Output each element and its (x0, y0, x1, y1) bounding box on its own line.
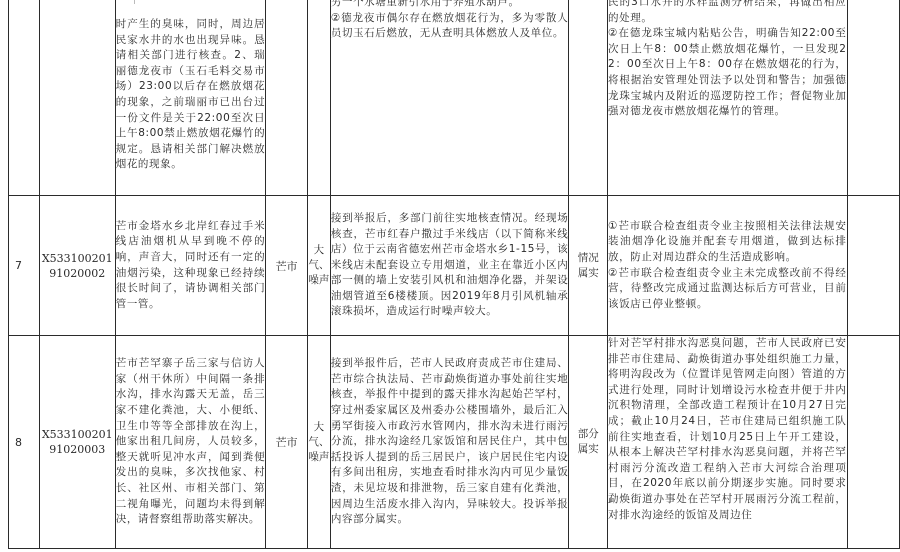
findings-paragraph: ②德龙夜市偶尔存在燃放烟花行为，多为零散人员切玉石后燃放，无从查明具体燃放人及单… (331, 11, 569, 42)
complaint-content-cell: 芒市芒罕寨子岳三家与信访人家（州干休所）中间隔一条排水沟，排水沟露天无盖，岳三家… (115, 336, 266, 549)
case-id-cell (39, 0, 115, 196)
case-id-line1: X533100201 (40, 427, 115, 442)
table-row: 7 X533100201 91020002 芒市金塔水乡北岸红春过手米线店油烟机… (9, 196, 900, 336)
remarks-cell (847, 196, 899, 336)
action-paragraph: 针对芒罕村排水沟恶臭问题，芒市人民政府已安排芒市住建局、勐焕街道办事处组织施工力… (608, 336, 846, 523)
action-paragraph: ②在德龙珠宝城内粘贴公告，明确告知22:00至次日上午8：00禁止燃放烟花爆竹，… (608, 26, 846, 120)
case-id-line2: 91020002 (40, 266, 115, 281)
pollution-type-cell: 大气、 噪声 (307, 196, 330, 336)
pollution-type-cell: 大气、 噪声 (307, 336, 330, 549)
action-paragraph: ①芒市联合检查组责令业主按照相关法律法规安装油烟净化设施并配套专用烟道，做到达标… (608, 219, 846, 266)
findings-paragraph: 接到举报后，多部门前往实地核查情况。经现场核查，芒市红春户撒过手米线店（以下简称… (331, 211, 569, 320)
pollution-type-line1: 大气、 (308, 243, 330, 273)
table-row: 8 X533100201 91020003 芒市芒罕寨子岳三家与信访人家（州干休… (9, 336, 900, 549)
handling-action-cell: ①芒市联合检查组责令业主按照相关法律法规安装油烟净化设施并配套专用烟道，做到达标… (608, 196, 847, 336)
pollution-type-line1: 大气、 (308, 420, 330, 450)
region-cell: 芒市 (266, 196, 308, 336)
case-id-line2: 91020003 (40, 442, 115, 457)
verification-status-cell (569, 0, 608, 196)
action-paragraph: 民的3口水井的水样监测分析结果，再做出相应的处理。 (608, 0, 846, 26)
pollution-type-cell (307, 0, 330, 196)
investigation-findings-cell: 另一个水塘重新引水用于养殖水葫芦。 ②德龙夜市偶尔存在燃放烟花行为，多为零散人员… (330, 0, 569, 196)
pollution-type-line2: 噪声 (308, 450, 330, 465)
row-number-cell (9, 0, 40, 196)
row-number-cell: 8 (9, 336, 40, 549)
region-cell: 芒市 (266, 336, 308, 549)
handling-action-cell: 民的3口水井的水样监测分析结果，再做出相应的处理。 ②在德龙珠宝城内粘贴公告，明… (608, 0, 847, 196)
complaint-content-cell: 芒市金塔水乡北岸红春过手米线店油烟机从早到晚不停的响，声音大，同时还有一定的油烟… (115, 196, 266, 336)
findings-paragraph: 接到举报件后，芒市人民政府责成芒市住建局、芒市综合执法局、芒市勐焕街道办事处前往… (331, 356, 569, 528)
investigation-findings-cell: 接到举报后，多部门前往实地核查情况。经现场核查，芒市红春户撒过手米线店（以下简称… (330, 196, 569, 336)
region-cell (266, 0, 308, 196)
investigation-findings-cell: 接到举报件后，芒市人民政府责成芒市住建局、芒市综合执法局、芒市勐焕街道办事处前往… (330, 336, 569, 549)
complaint-content-cell: 时产生的臭味，同时，周边居民家水井的水也出现异味。恳请相关部门进行核查。2、瑞丽… (115, 0, 266, 196)
case-id-cell: X533100201 91020002 (39, 196, 115, 336)
handling-action-cell: 针对芒罕村排水沟恶臭问题，芒市人民政府已安排芒市住建局、勐焕街道办事处组织施工力… (608, 336, 847, 549)
verification-status-cell: 部分 属实 (569, 336, 608, 549)
pollution-type-line2: 噪声 (308, 273, 330, 288)
action-paragraph: ②芒市联合检查组责令业主未完成整改前不得经营，待整改完成通过监测达标后方可营业，… (608, 266, 846, 313)
row-number-cell: 7 (9, 196, 40, 336)
document-page: 时产生的臭味，同时，周边居民家水井的水也出现异味。恳请相关部门进行核查。2、瑞丽… (0, 0, 900, 552)
status-line2: 属实 (569, 442, 607, 457)
remarks-cell (847, 336, 899, 549)
status-line1: 部分 (569, 427, 607, 442)
table-row: 时产生的臭味，同时，周边居民家水井的水也出现异味。恳请相关部门进行核查。2、瑞丽… (9, 0, 900, 196)
status-line2: 属实 (569, 266, 607, 281)
complaint-table: 时产生的臭味，同时，周边居民家水井的水也出现异味。恳请相关部门进行核查。2、瑞丽… (8, 0, 900, 549)
verification-status-cell: 情况 属实 (569, 196, 608, 336)
status-line1: 情况 (569, 251, 607, 266)
case-id-cell: X533100201 91020003 (39, 336, 115, 549)
remarks-cell (847, 0, 899, 196)
case-id-line1: X533100201 (40, 251, 115, 266)
findings-paragraph: 另一个水塘重新引水用于养殖水葫芦。 (331, 0, 569, 11)
